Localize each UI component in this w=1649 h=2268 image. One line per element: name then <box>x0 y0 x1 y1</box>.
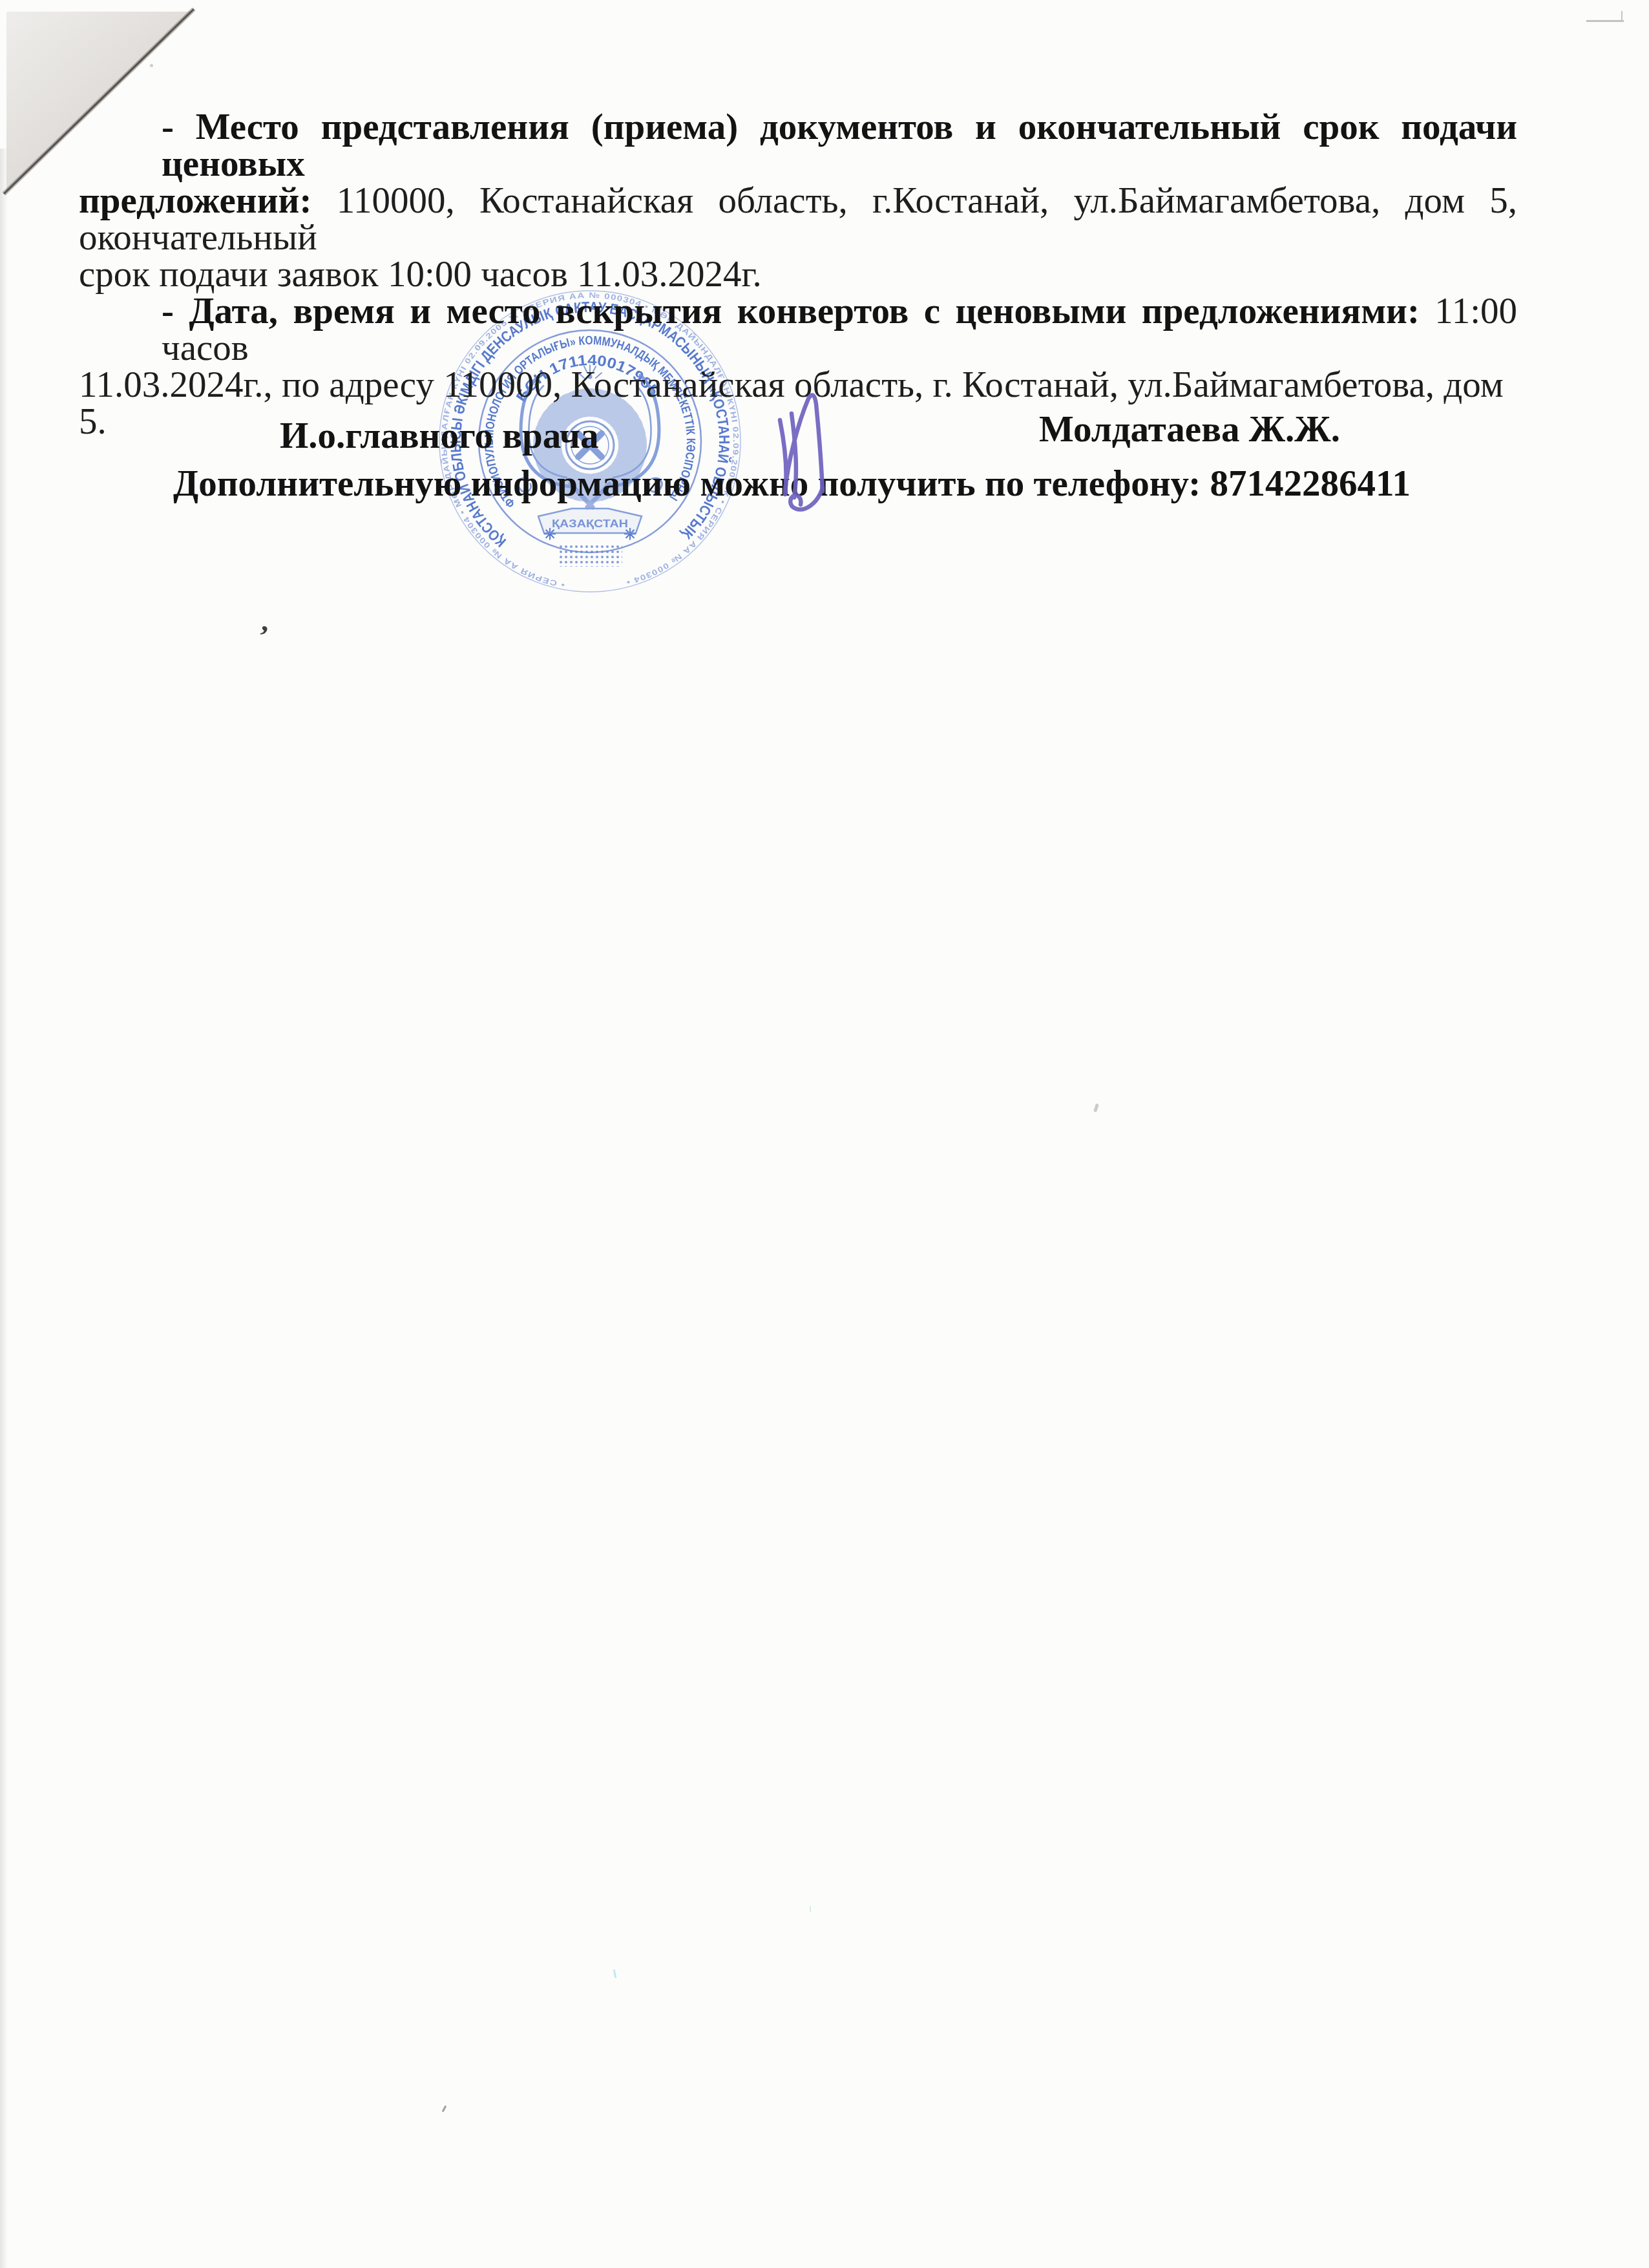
scanner-edge-shadow <box>0 149 8 2268</box>
stamp-hatch-block <box>558 545 622 567</box>
p2l1-bold-text: - Дата, время и место вскрытия конвертов… <box>162 291 1420 331</box>
paragraph1-line3: срок подачи заявок 10:00 часов 11.03.202… <box>79 256 1517 293</box>
scan-artifact-dash <box>1586 20 1624 22</box>
p1l1-bold-text: - Место представления (приема) документо… <box>162 107 1517 184</box>
scan-artifact-tick <box>1621 11 1623 21</box>
signature-stroke-3 <box>785 395 823 491</box>
signatory-name: Молдатаева Ж.Ж. <box>1039 411 1340 448</box>
scan-artifact-cyan-fleck-2 <box>810 1906 811 1912</box>
scanned-document-page: • СЕРИЯ АА № 000304 • МӨР ДАЙЫНДАЛҒАН КҮ… <box>0 0 1649 2268</box>
scan-artifact-comma: ‚ <box>258 603 274 638</box>
scan-artifact-fleck <box>442 2105 447 2112</box>
banner-text: ҚАЗАҚСТАН <box>552 518 628 530</box>
p1l3-normal-text: срок подачи заявок 10:00 часов 11.03.202… <box>79 254 762 295</box>
p1l2-bold-text: предложений: <box>79 180 311 221</box>
signatory-role: И.о.главного врача <box>280 417 599 454</box>
scan-artifact-smudge <box>1093 1104 1099 1113</box>
handwritten-signature <box>766 384 843 514</box>
paragraph1-line1: - Место представления (приема) документо… <box>79 109 1517 182</box>
paragraph1-line2: предложений: 110000, Костанайская област… <box>79 182 1517 256</box>
scan-artifact-dot <box>150 64 153 67</box>
paragraph2-line1: - Дата, время и место вскрытия конвертов… <box>79 293 1517 366</box>
scan-artifact-cyan-fleck <box>613 1969 617 1978</box>
